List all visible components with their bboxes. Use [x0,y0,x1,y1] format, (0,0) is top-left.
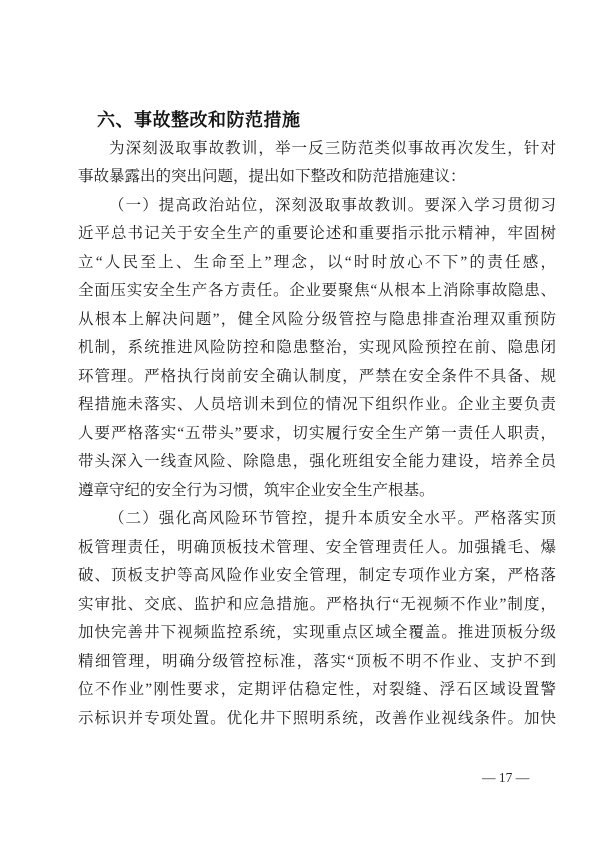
text-line: 位不作业”刚性要求，定期评估稳定性，对裂缝、浮石区域设置警 [78,676,556,705]
text-line: 全面压实安全生产各方责任。企业要聚焦“从根本上消除事故隐患、 [78,277,556,306]
text-line: 示标识并专项处置。优化井下照明系统，改善作业视线条件。加快 [78,705,556,734]
text-line: 程措施未落实、人员培训未到位的情况下组织作业。企业主要负责 [78,391,556,420]
text-line: 破、顶板支护等高风险作业安全管理，制定专项作业方案，严格落 [78,562,556,591]
text-line: （一）提高政治站位，深刻汲取事故教训。要深入学习贯彻习 [78,192,556,221]
text-line: 环管理。严格执行岗前安全确认制度，严禁在安全条件不具备、规 [78,363,556,392]
document-page: 六、事故整改和防范措施 为深刻汲取事故教训，举一反三防范类似事故再次发生，针对 … [0,0,600,849]
text-line: 立“人民至上、生命至上”理念，以“时时放心不下”的责任感， [78,249,556,278]
text-line: 从根本上解决问题”，健全风险分级管控与隐患排查治理双重预防 [78,306,556,335]
text-line: 加快完善井下视频监控系统，实现重点区域全覆盖。推进顶板分级 [78,619,556,648]
text-line: 精细管理，明确分级管控标准，落实“顶板不明不作业、支护不到 [78,648,556,677]
text-line: 实审批、交底、监护和应急措施。严格执行“无视频不作业”制度， [78,591,556,620]
page-number: — 17 — [482,770,542,786]
text-line: 机制，系统推进风险防控和隐患整治，实现风险预控在前、隐患闭 [78,334,556,363]
document-body: 六、事故整改和防范措施 为深刻汲取事故教训，举一反三防范类似事故再次发生，针对 … [78,106,556,733]
text-line: 带头深入一线查风险、除隐患，强化班组安全能力建设，培养全员 [78,448,556,477]
text-line: 板管理责任，明确顶板技术管理、安全管理责任人。加强撬毛、爆 [78,534,556,563]
text-line: 近平总书记关于安全生产的重要论述和重要指示批示精神，牢固树 [78,220,556,249]
text-line: 人要严格落实“五带头”要求，切实履行安全生产第一责任人职责， [78,420,556,449]
text-line: 遵章守纪的安全行为习惯，筑牢企业安全生产根基。 [78,477,556,506]
text-line: （二）强化高风险环节管控，提升本质安全水平。严格落实顶 [78,505,556,534]
text-line: 事故暴露出的突出问题，提出如下整改和防范措施建议： [78,163,556,192]
section-heading: 六、事故整改和防范措施 [78,106,556,135]
text-line: 为深刻汲取事故教训，举一反三防范类似事故再次发生，针对 [78,135,556,164]
